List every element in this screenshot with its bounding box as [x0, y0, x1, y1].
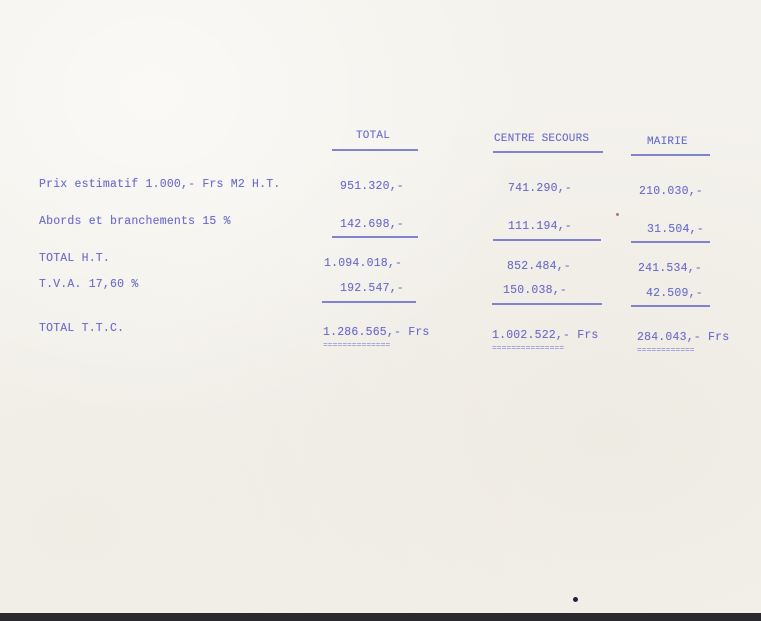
underline-mairie-tva — [631, 305, 710, 307]
cell-total-prix-estimatif: 951.320,- — [340, 180, 404, 193]
header-underline-total — [332, 149, 418, 151]
paper-speck — [616, 213, 619, 216]
typed-document-page: TOTAL CENTRE SECOURS MAIRIE Prix estimat… — [0, 0, 761, 613]
scan-bottom-edge — [0, 613, 761, 621]
ink-dot — [573, 597, 578, 602]
row-label-tva: T.V.A. 17,60 % — [39, 278, 138, 291]
row-label-total-ht: TOTAL H.T. — [39, 252, 110, 265]
row-label-abords: Abords et branchements 15 % — [39, 215, 231, 228]
underline-centre-abords — [493, 239, 601, 241]
cell-total-total-ttc: 1.286.565,- Frs — [323, 326, 430, 339]
cell-total-total-ht: 1.094.018,- — [324, 257, 402, 270]
underline-centre-tva — [492, 303, 602, 305]
header-underline-centre-secours — [493, 151, 603, 153]
row-label-prix-estimatif: Prix estimatif 1.000,- Frs M2 H.T. — [39, 178, 280, 191]
cell-centre-abords: 111.194,- — [508, 220, 572, 233]
column-header-total: TOTAL — [356, 130, 390, 142]
double-underline-total: ============== — [323, 341, 390, 350]
double-underline-centre: =============== — [492, 344, 564, 353]
underline-total-tva — [322, 301, 416, 303]
cell-mairie-prix-estimatif: 210.030,- — [639, 185, 703, 198]
header-underline-mairie — [631, 154, 710, 156]
row-label-total-ttc: TOTAL T.T.C. — [39, 322, 124, 335]
column-header-mairie: MAIRIE — [647, 136, 688, 148]
cell-total-tva: 192.547,- — [340, 282, 404, 295]
cell-centre-prix-estimatif: 741.290,- — [508, 182, 572, 195]
column-header-centre-secours: CENTRE SECOURS — [494, 133, 589, 145]
underline-total-abords — [332, 236, 418, 238]
cell-centre-total-ht: 852.484,- — [507, 260, 571, 273]
cell-mairie-tva: 42.509,- — [646, 287, 703, 300]
cell-centre-tva: 150.038,- — [503, 284, 567, 297]
cell-mairie-total-ttc: 284.043,- Frs — [637, 331, 729, 344]
cell-centre-total-ttc: 1.002.522,- Frs — [492, 329, 599, 342]
cell-mairie-abords: 31.504,- — [647, 223, 704, 236]
cell-total-abords: 142.698,- — [340, 218, 404, 231]
underline-mairie-abords — [631, 241, 710, 243]
double-underline-mairie: ============ — [637, 346, 695, 355]
cell-mairie-total-ht: 241.534,- — [638, 262, 702, 275]
